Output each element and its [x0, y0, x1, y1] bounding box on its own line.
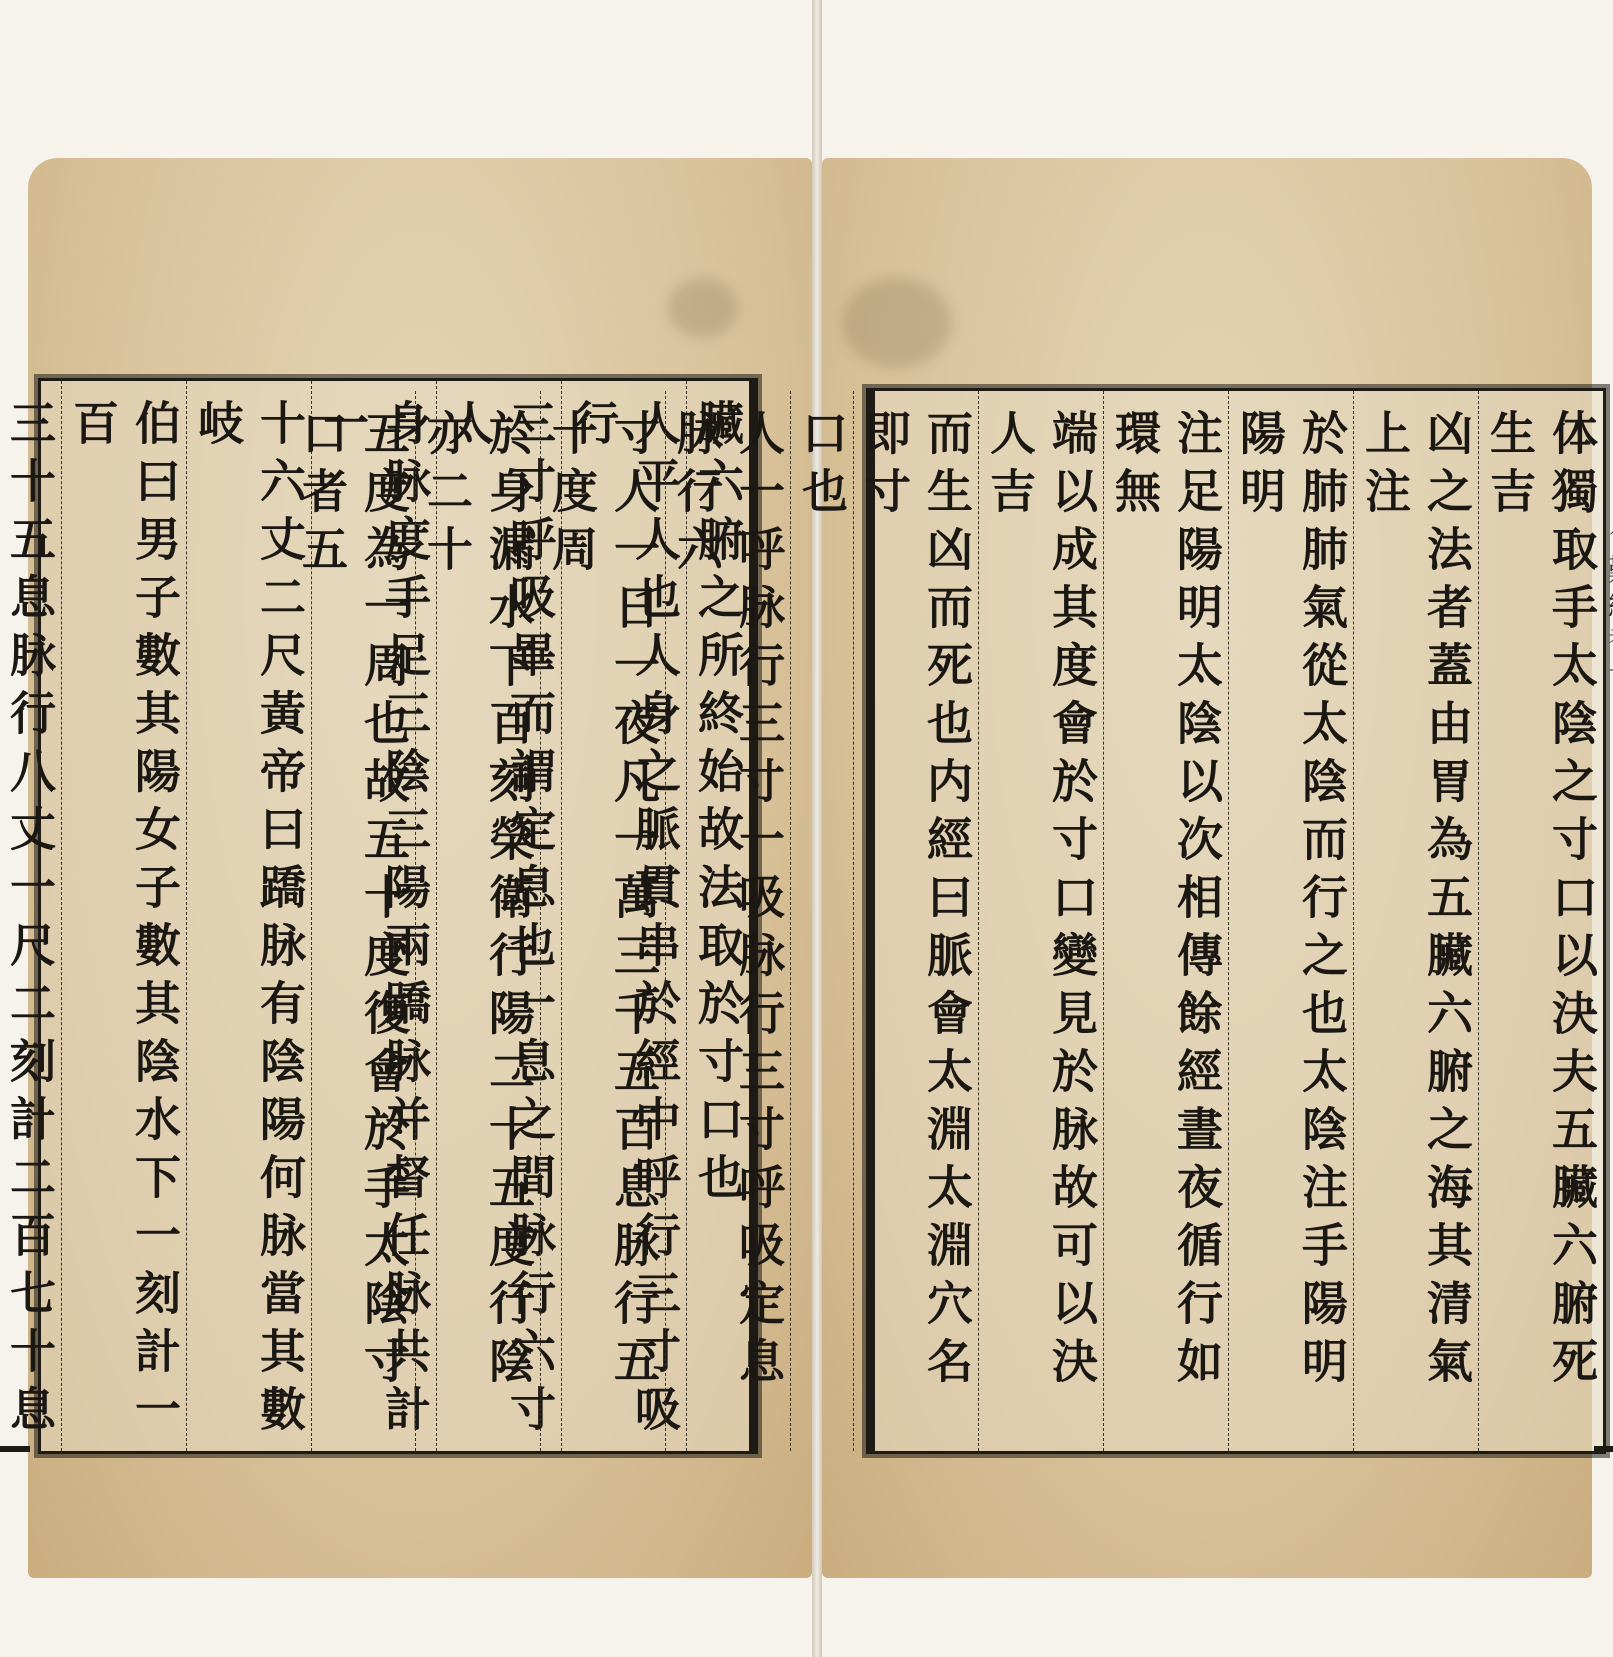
- column-text: 伯曰男子數其陽女子數其陰水下一刻計一百: [62, 399, 186, 1451]
- column-text: 三十五息脉行八丈一尺二刻計二百七十息脉: [0, 399, 61, 1451]
- column-text: 凶之法者蓋由胃為五臟六腑之海其清氣上注: [1354, 409, 1478, 1451]
- left-binding-thread: [0, 1446, 30, 1452]
- ink-stain: [842, 278, 952, 368]
- text-column: 於肺肺氣從太陰而行之也太陰注手陽明陽明: [1228, 391, 1353, 1451]
- right-text-columns: 体獨取手太陰之寸口以決夫五臟六腑死生吉 凶之法者蓋由胃為五臟六腑之海其清氣上注 …: [875, 391, 1603, 1451]
- text-column: 伯曰男子數其陽女子數其陰水下一刻計一百: [61, 381, 186, 1451]
- right-text-frame: 体獨取手太陰之寸口以決夫五臟六腑死生吉 凶之法者蓋由胃為五臟六腑之海其清氣上注 …: [866, 388, 1606, 1454]
- text-column: 体獨取手太陰之寸口以決夫五臟六腑死生吉: [1478, 391, 1603, 1451]
- text-column: 五度為一周也故五十度復會於手太陰寸口者五: [291, 391, 415, 1451]
- ink-stain: [668, 278, 738, 338]
- text-column: 端以成其度會於寸口變見於脉故可以決人吉: [978, 391, 1103, 1451]
- text-column: 人一呼脉行三寸一吸脉行三寸呼吸定息脉行六: [665, 391, 790, 1451]
- column-text: 注足陽明太陰以次相傳餘經晝夜循行如環無: [1104, 409, 1228, 1451]
- text-column: 三十五息脉行八丈一尺二刻計二百七十息脉: [0, 381, 61, 1451]
- column-text: 口也: [791, 409, 853, 525]
- text-column: 而生凶而死也内經曰脈會太淵太淵穴名即寸: [853, 391, 978, 1451]
- column-text: 五度為一周也故五十度復會於手太陰寸口者五: [291, 409, 415, 1451]
- text-column: 注足陽明太陰以次相傳餘經晝夜循行如環無: [1103, 391, 1228, 1451]
- column-text: 於身漏水下百刻榮衛行陽二十五度行陰亦二十: [416, 409, 540, 1451]
- text-column: 凶之法者蓋由胃為五臟六腑之海其清氣上注: [1353, 391, 1478, 1451]
- column-text: 端以成其度會於寸口變見於脉故可以決人吉: [979, 409, 1103, 1451]
- column-text: 人一呼脉行三寸一吸脉行三寸呼吸定息脉行六: [666, 409, 790, 1451]
- column-text: 而生凶而死也内經曰脈會太淵太淵穴名即寸: [854, 409, 978, 1451]
- text-column: 於身漏水下百刻榮衛行陽二十五度行陰亦二十: [415, 391, 540, 1451]
- text-column: 寸人一日一夜凡一萬三千五百息脉行五十度周: [540, 391, 665, 1451]
- right-binding-thread: [1594, 1446, 1613, 1452]
- column-text: 体獨取手太陰之寸口以決夫五臟六腑死生吉: [1479, 409, 1603, 1451]
- column-text: 寸人一日一夜凡一萬三千五百息脉行五十度周: [541, 409, 665, 1451]
- margin-section-title: ⺈難經卷一: [1597, 520, 1613, 690]
- text-column: 口也: [790, 391, 853, 1451]
- column-text: 於肺肺氣從太陰而行之也太陰注手陽明陽明: [1229, 409, 1353, 1451]
